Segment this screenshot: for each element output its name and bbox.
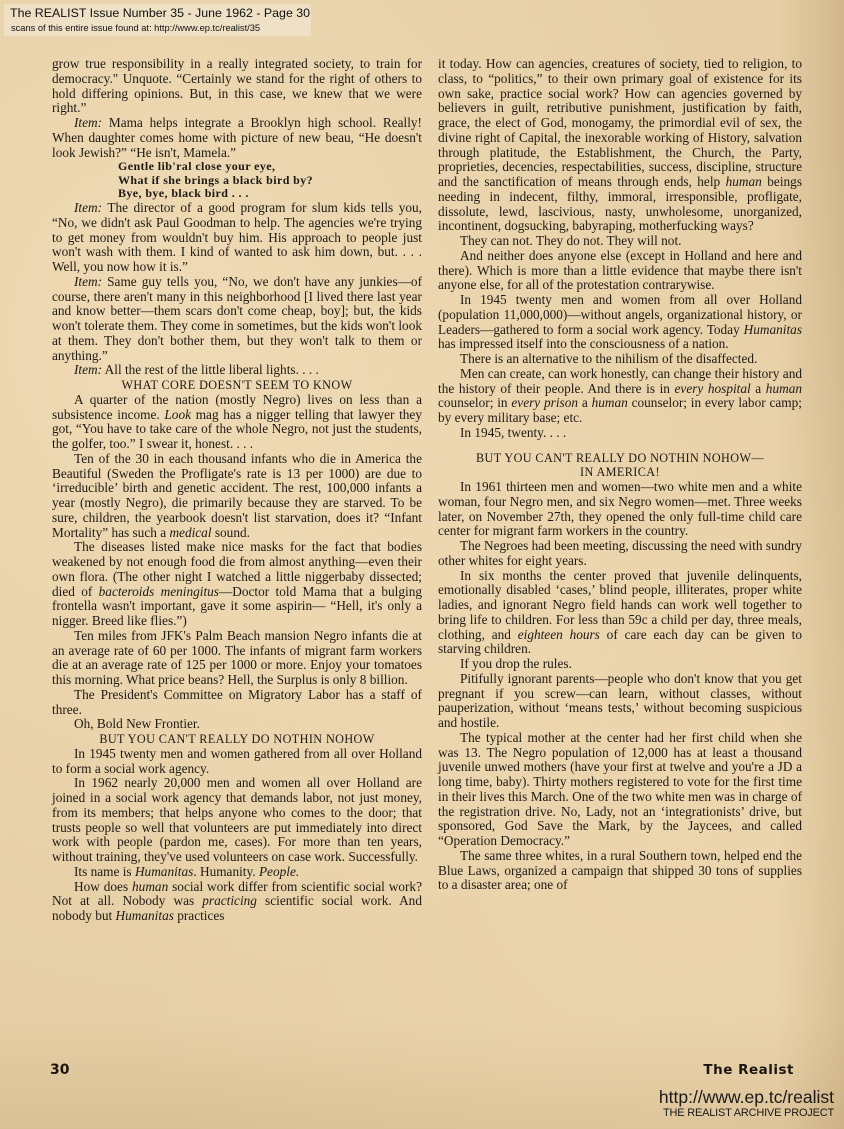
archive-project-name: THE REALIST ARCHIVE PROJECT xyxy=(663,1107,834,1119)
paragraph: The typical mother at the center had her… xyxy=(438,731,802,849)
archive-url-link[interactable]: http://www.ep.tc/realist xyxy=(659,1087,834,1108)
issue-source-note: scans of this entire issue found at: htt… xyxy=(11,23,260,33)
magazine-name: The Realist xyxy=(703,1062,794,1078)
right-column: it today. How can agencies, creatures of… xyxy=(438,57,802,893)
paragraph: grow true responsibility in a really int… xyxy=(52,57,422,116)
paragraph: Men can create, can work honestly, can c… xyxy=(438,367,802,426)
paragraph: The diseases listed make nice masks for … xyxy=(52,540,422,629)
paragraph: The same three whites, in a rural Southe… xyxy=(438,849,802,893)
paragraph: Ten of the 30 in each thousand infants w… xyxy=(52,452,422,541)
item-label: Item: xyxy=(74,362,102,377)
paragraph: Item: Mama helps integrate a Brooklyn hi… xyxy=(52,116,422,160)
paragraph: In 1945 twenty men and women gathered fr… xyxy=(52,747,422,777)
verse-line: Gentle lib'ral close your eye, xyxy=(118,160,422,174)
paragraph: Its name is Humanitas. Humanity. People. xyxy=(52,865,422,880)
paragraph: They can not. They do not. They will not… xyxy=(438,234,802,249)
section-heading: What Core Doesn't Seem To Know xyxy=(52,378,422,393)
paragraph: In 1945 twenty men and women from all ov… xyxy=(438,293,802,352)
paragraph: The Negroes had been meeting, discussing… xyxy=(438,539,802,569)
paragraph: How does human social work differ from s… xyxy=(52,880,422,924)
paragraph: Item: All the rest of the little liberal… xyxy=(52,363,422,378)
paragraph: The President's Committee on Migratory L… xyxy=(52,688,422,718)
section-heading: But You Can't Really Do Nothin Nohow xyxy=(52,732,422,747)
paragraph: Ten miles from JFK's Palm Beach mansion … xyxy=(52,629,422,688)
paragraph: A quarter of the nation (mostly Negro) l… xyxy=(52,393,422,452)
paragraph: it today. How can agencies, creatures of… xyxy=(438,57,802,234)
scan-header: The REALIST Issue Number 35 - June 1962 … xyxy=(4,4,311,36)
verse: Gentle lib'ral close your eye, What if s… xyxy=(118,160,422,201)
item-label: Item: xyxy=(74,200,102,215)
page-number: 30 xyxy=(50,1062,69,1078)
section-heading: But You Can't Really Do Nothin Nohow—In … xyxy=(438,451,802,481)
paragraph: In 1945, twenty. . . . xyxy=(438,426,802,441)
paragraph: In 1961 thirteen men and women—two white… xyxy=(438,480,802,539)
paragraph: There is an alternative to the nihilism … xyxy=(438,352,802,367)
paragraph: In six months the center proved that juv… xyxy=(438,569,802,658)
verse-line: What if she brings a black bird by? xyxy=(118,174,422,188)
verse-line: Bye, bye, black bird . . . xyxy=(118,187,422,201)
paragraph: In 1962 nearly 20,000 men and women all … xyxy=(52,776,422,865)
issue-title: The REALIST Issue Number 35 - June 1962 … xyxy=(10,6,310,20)
paragraph: Item: The director of a good program for… xyxy=(52,201,422,275)
left-column: grow true responsibility in a really int… xyxy=(52,57,422,924)
paragraph: And neither does anyone else (except in … xyxy=(438,249,802,293)
item-label: Item: xyxy=(74,115,102,130)
paragraph: Pitifully ignorant parents—people who do… xyxy=(438,672,802,731)
paragraph: If you drop the rules. xyxy=(438,657,802,672)
paragraph: Oh, Bold New Frontier. xyxy=(52,717,422,732)
paragraph: Item: Same guy tells you, “No, we don't … xyxy=(52,275,422,364)
item-label: Item: xyxy=(74,274,102,289)
